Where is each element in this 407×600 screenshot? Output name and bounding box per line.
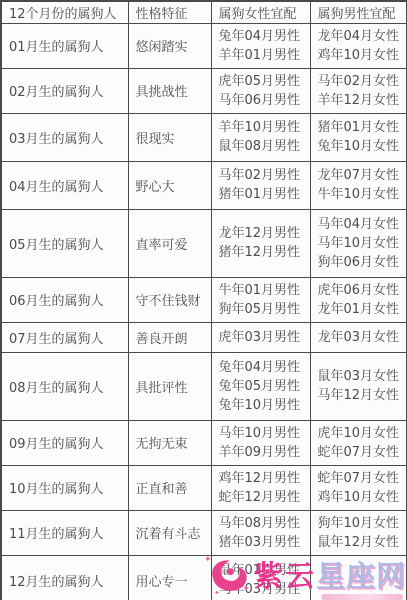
match-line: 牛年01月男性 bbox=[219, 281, 308, 300]
trait-cell: 具批评性 bbox=[128, 352, 211, 420]
female-match-cell: 牛年01月男性 狗年05月男性 bbox=[211, 277, 310, 322]
match-line: 虎年10月女性 bbox=[318, 424, 404, 443]
match-line: 鼠年12月女性 bbox=[318, 533, 404, 552]
match-line: 狗年05月男性 bbox=[219, 300, 308, 319]
trait-cell: 善良开朗 bbox=[128, 322, 211, 352]
male-match-cell: 蛇年07月女性 鸡年10月女性 bbox=[310, 465, 406, 510]
match-line: 兔年10月男性 bbox=[219, 396, 308, 415]
match-line: 猪年01月男性 bbox=[219, 185, 308, 204]
match-line: 龙年01月女性 bbox=[318, 300, 404, 319]
trait-cell: 用心专一 bbox=[128, 555, 211, 600]
month-cell: 12月生的属狗人 bbox=[1, 555, 128, 600]
dog-zodiac-compatibility-table: 12个月份的属狗人 性格特征 属狗女性宜配 属狗男性宜配 01月生的属狗人 悠闲… bbox=[0, 0, 407, 600]
month-cell: 05月生的属狗人 bbox=[1, 209, 128, 277]
trait-cell: 直率可爱 bbox=[128, 209, 211, 277]
match-line: 兔年04月男性 bbox=[219, 27, 308, 46]
table-row: 10月生的属狗人 正直和善 鸡年12月男性 蛇年12月男性 蛇年07月女性 鸡年… bbox=[1, 465, 406, 510]
table-row: 07月生的属狗人 善良开朗 虎年03月男性 龙年03月女性 bbox=[1, 322, 406, 352]
match-line: 鼠年01月男性 bbox=[219, 561, 308, 580]
female-match-cell: 鸡年12月男性 蛇年12月男性 bbox=[211, 465, 310, 510]
male-match-cell: 虎年06月女性 龙年01月女性 bbox=[310, 277, 406, 322]
month-cell: 03月生的属狗人 bbox=[1, 113, 128, 161]
column-header-month: 12个月份的属狗人 bbox=[1, 1, 128, 23]
match-line: 龙年07月女性 bbox=[318, 166, 404, 185]
match-line: 虎年05月男性 bbox=[219, 72, 308, 91]
table-row: 08月生的属狗人 具批评性 兔年04月男性 兔年05月男性 兔年10月男性 鼠年… bbox=[1, 352, 406, 420]
table-row: 09月生的属狗人 无拘无束 马年10月男性 羊年09月男性 虎年10月女性 蛇年… bbox=[1, 420, 406, 465]
female-match-cell: 羊年10月男性 鼠年08月男性 bbox=[211, 113, 310, 161]
match-line: 马年02月女性 bbox=[318, 72, 404, 91]
match-line: 蛇年07月女性 bbox=[318, 443, 404, 462]
column-header-male-match: 属狗男性宜配 bbox=[310, 1, 406, 23]
female-match-cell: 兔年04月男性 羊年01月男性 bbox=[211, 23, 310, 68]
male-match-cell: 马年04月女性 马年10月女性 狗年06月女性 bbox=[310, 209, 406, 277]
match-line: 虎年03月男性 bbox=[219, 328, 308, 347]
table-row: 03月生的属狗人 很现实 羊年10月男性 鼠年08月男性 猪年01月女性 兔年1… bbox=[1, 113, 406, 161]
match-line: 兔年04月男性 bbox=[219, 358, 308, 377]
match-line: 龙年03月女性 bbox=[318, 328, 404, 347]
match-line: 羊年01月男性 bbox=[219, 46, 308, 65]
male-match-cell: 龙年03月女性 bbox=[310, 322, 406, 352]
table-row: 02月生的属狗人 具挑战性 虎年05月男性 马年06月男性 马年02月女性 羊年… bbox=[1, 68, 406, 113]
male-match-cell: 龙年07月女性 牛年10月女性 bbox=[310, 161, 406, 209]
table-row: 04月生的属狗人 野心大 马年02月男性 猪年01月男性 龙年07月女性 牛年1… bbox=[1, 161, 406, 209]
female-match-cell: 马年10月男性 羊年09月男性 bbox=[211, 420, 310, 465]
male-match-cell: 马年02月女性 羊年12月女性 bbox=[310, 68, 406, 113]
trait-cell: 无拘无束 bbox=[128, 420, 211, 465]
trait-cell: 守不住钱财 bbox=[128, 277, 211, 322]
match-line: 马年04月女性 bbox=[318, 215, 404, 234]
month-cell: 09月生的属狗人 bbox=[1, 420, 128, 465]
table-row: 12月生的属狗人 用心专一 鼠年01月男性 马年03月男性 bbox=[1, 555, 406, 600]
match-line: 马年02月男性 bbox=[219, 166, 308, 185]
female-match-cell: 马年08月男性 猪年03月男性 bbox=[211, 510, 310, 555]
match-line: 马年08月男性 bbox=[219, 514, 308, 533]
match-line: 马年10月男性 bbox=[219, 424, 308, 443]
trait-cell: 沉着有斗志 bbox=[128, 510, 211, 555]
month-cell: 06月生的属狗人 bbox=[1, 277, 128, 322]
male-match-cell: 鼠年03月女性 马年12月女性 bbox=[310, 352, 406, 420]
match-line: 猪年03月男性 bbox=[219, 533, 308, 552]
month-cell: 07月生的属狗人 bbox=[1, 322, 128, 352]
table-row: 11月生的属狗人 沉着有斗志 马年08月男性 猪年03月男性 狗年10月女性 鼠… bbox=[1, 510, 406, 555]
table-row: 06月生的属狗人 守不住钱财 牛年01月男性 狗年05月男性 虎年06月女性 龙… bbox=[1, 277, 406, 322]
male-match-cell: 猪年01月女性 兔年10月女性 bbox=[310, 113, 406, 161]
table-row: 05月生的属狗人 直率可爱 龙年12月男性 猪年12月男性 马年04月女性 马年… bbox=[1, 209, 406, 277]
match-line: 猪年01月女性 bbox=[318, 118, 404, 137]
trait-cell: 悠闲踏实 bbox=[128, 23, 211, 68]
trait-cell: 很现实 bbox=[128, 113, 211, 161]
match-line: 马年10月女性 bbox=[318, 234, 404, 253]
female-match-cell: 龙年12月男性 猪年12月男性 bbox=[211, 209, 310, 277]
match-line: 鼠年08月男性 bbox=[219, 137, 308, 156]
column-header-trait: 性格特征 bbox=[128, 1, 211, 23]
female-match-cell: 马年02月男性 猪年01月男性 bbox=[211, 161, 310, 209]
match-line: 兔年10月女性 bbox=[318, 137, 404, 156]
match-line: 牛年10月女性 bbox=[318, 185, 404, 204]
month-cell: 02月生的属狗人 bbox=[1, 68, 128, 113]
match-line: 虎年06月女性 bbox=[318, 281, 404, 300]
match-line: 鸡年10月女性 bbox=[318, 488, 404, 507]
match-line: 马年12月女性 bbox=[318, 386, 404, 405]
trait-cell: 具挑战性 bbox=[128, 68, 211, 113]
match-line: 鸡年12月男性 bbox=[219, 469, 308, 488]
female-match-cell: 虎年05月男性 马年06月男性 bbox=[211, 68, 310, 113]
match-line: 鼠年03月女性 bbox=[318, 367, 404, 386]
male-match-cell: 虎年10月女性 蛇年07月女性 bbox=[310, 420, 406, 465]
match-line: 蛇年12月男性 bbox=[219, 488, 308, 507]
female-match-cell: 鼠年01月男性 马年03月男性 bbox=[211, 555, 310, 600]
female-match-cell: 兔年04月男性 兔年05月男性 兔年10月男性 bbox=[211, 352, 310, 420]
month-cell: 10月生的属狗人 bbox=[1, 465, 128, 510]
match-line: 羊年09月男性 bbox=[219, 443, 308, 462]
match-line: 龙年04月女性 bbox=[318, 27, 404, 46]
match-line: 蛇年07月女性 bbox=[318, 469, 404, 488]
male-match-cell: 狗年10月女性 鼠年12月女性 bbox=[310, 510, 406, 555]
month-cell: 04月生的属狗人 bbox=[1, 161, 128, 209]
month-cell: 11月生的属狗人 bbox=[1, 510, 128, 555]
trait-cell: 野心大 bbox=[128, 161, 211, 209]
match-line: 猪年12月男性 bbox=[219, 243, 308, 262]
match-line: 马年03月男性 bbox=[219, 580, 308, 599]
match-line: 羊年10月男性 bbox=[219, 118, 308, 137]
female-match-cell: 虎年03月男性 bbox=[211, 322, 310, 352]
page: 12个月份的属狗人 性格特征 属狗女性宜配 属狗男性宜配 01月生的属狗人 悠闲… bbox=[0, 0, 407, 600]
trait-cell: 正直和善 bbox=[128, 465, 211, 510]
male-match-cell: 龙年04月女性 鸡年10月女性 bbox=[310, 23, 406, 68]
match-line: 羊年12月女性 bbox=[318, 91, 404, 110]
column-header-female-match: 属狗女性宜配 bbox=[211, 1, 310, 23]
male-match-cell bbox=[310, 555, 406, 600]
match-line: 兔年05月男性 bbox=[219, 377, 308, 396]
month-cell: 01月生的属狗人 bbox=[1, 23, 128, 68]
month-cell: 08月生的属狗人 bbox=[1, 352, 128, 420]
header-row: 12个月份的属狗人 性格特征 属狗女性宜配 属狗男性宜配 bbox=[1, 1, 406, 23]
match-line: 狗年06月女性 bbox=[318, 253, 404, 272]
match-line: 狗年10月女性 bbox=[318, 514, 404, 533]
table-row: 01月生的属狗人 悠闲踏实 兔年04月男性 羊年01月男性 龙年04月女性 鸡年… bbox=[1, 23, 406, 68]
match-line: 鸡年10月女性 bbox=[318, 46, 404, 65]
match-line: 马年06月男性 bbox=[219, 91, 308, 110]
match-line: 龙年12月男性 bbox=[219, 224, 308, 243]
